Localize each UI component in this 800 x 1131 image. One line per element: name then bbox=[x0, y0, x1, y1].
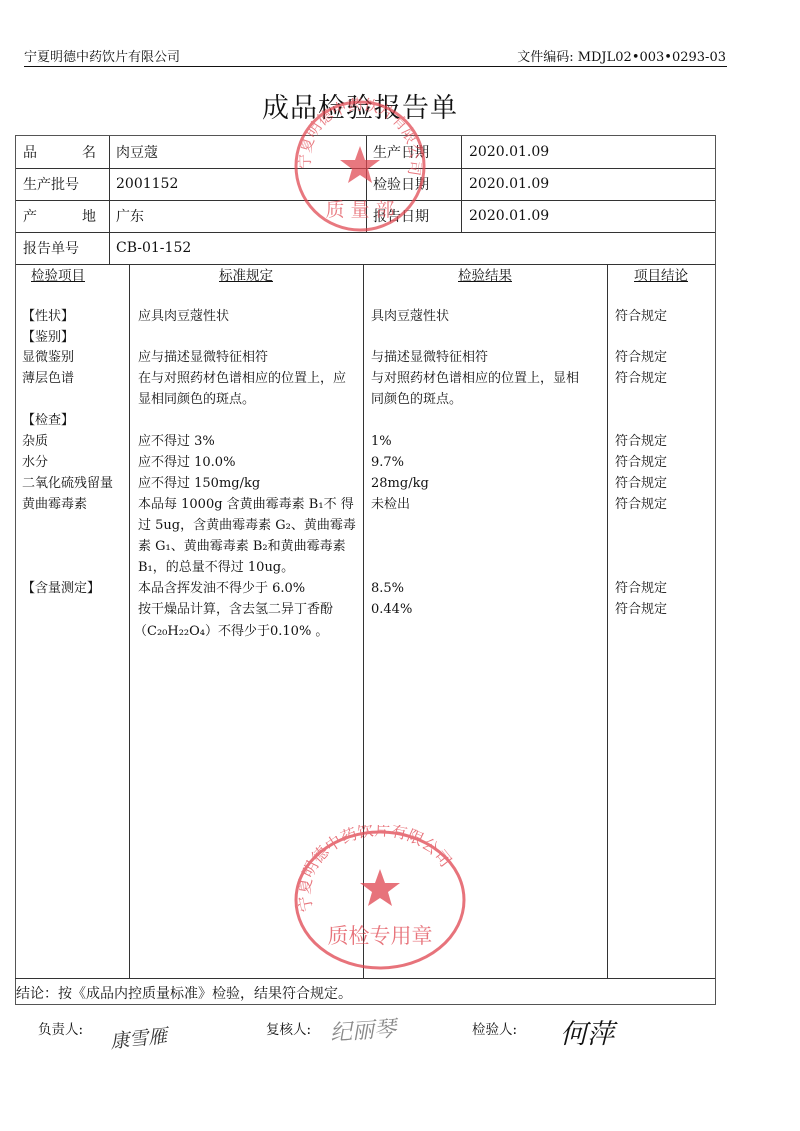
item-line: 显微鉴别 bbox=[22, 348, 74, 368]
report-no-label: 报告单号 bbox=[16, 232, 109, 264]
info-row-report-no: 报告单号 CB-01-152 bbox=[16, 232, 715, 265]
conclusion-line: 符合规定 bbox=[615, 432, 667, 452]
standard-line: 应不得过 10.0% bbox=[138, 453, 235, 473]
column-header-conclusion: 项目结论 bbox=[607, 264, 715, 284]
result-line: 同颜色的斑点。 bbox=[371, 390, 462, 410]
info-row-batch: 生产批号 2001152 检验日期 2020.01.09 bbox=[16, 168, 715, 201]
column-header-item: 检验项目 bbox=[16, 264, 100, 284]
result-line: 28mg/kg bbox=[371, 474, 429, 494]
result-line: 未检出 bbox=[371, 495, 410, 515]
standard-line: （C₂₀H₂₂O₄）不得少于0.10% 。 bbox=[134, 622, 328, 642]
conclusion-line: 符合规定 bbox=[615, 453, 667, 473]
inspector-label: 检验人: bbox=[472, 1018, 517, 1038]
reviewer-label: 复核人: bbox=[266, 1018, 311, 1038]
conclusion-line: 符合规定 bbox=[615, 474, 667, 494]
item-line: 【性状】 bbox=[22, 307, 74, 327]
inspect-date: 2020.01.09 bbox=[461, 168, 711, 200]
origin-label: 产 地 bbox=[23, 206, 96, 226]
responsible-label: 负责人: bbox=[38, 1018, 83, 1038]
batch-number: 2001152 bbox=[109, 168, 369, 200]
standard-line: 应具肉豆蔻性状 bbox=[138, 307, 229, 327]
item-line: 二氧化硫残留量 bbox=[22, 474, 113, 494]
conclusion-divider bbox=[15, 978, 715, 979]
info-row-origin: 产 地 广东 报告日期 2020.01.09 bbox=[16, 200, 715, 233]
conclusion-line: 符合规定 bbox=[615, 579, 667, 599]
item-line: 水分 bbox=[22, 453, 48, 473]
standard-line: B₁，的总量不得过 10ug。 bbox=[138, 558, 294, 578]
result-line: 8.5% bbox=[371, 579, 404, 599]
result-line: 与对照药材色谱相应的位置上，显相 bbox=[371, 369, 579, 389]
item-line: 【含量测定】 bbox=[22, 579, 100, 599]
standard-line: 素 G₁、黄曲霉毒素 B₂和黄曲霉毒素 bbox=[138, 537, 346, 557]
document-code: 文件编码: MDJL02•003•0293-03 bbox=[517, 46, 726, 65]
conclusion-line: 符合规定 bbox=[615, 369, 667, 389]
page-title: 成品检验报告单 bbox=[0, 86, 720, 125]
item-line: 【鉴别】 bbox=[22, 328, 74, 348]
result-line: 1% bbox=[371, 432, 392, 452]
result-line: 9.7% bbox=[371, 453, 404, 473]
standard-line: 应与描述显微特征相符 bbox=[138, 348, 268, 368]
standard-line: 本品含挥发油不得少于 6.0% bbox=[138, 579, 305, 599]
prod-date: 2020.01.09 bbox=[461, 136, 711, 168]
inspect-date-label: 检验日期 bbox=[366, 168, 459, 200]
result-line: 具肉豆蔻性状 bbox=[371, 307, 449, 327]
result-line: 0.44% bbox=[371, 600, 412, 620]
origin: 广东 bbox=[109, 200, 369, 232]
item-line: 黄曲霉毒素 bbox=[22, 495, 87, 515]
batch-label: 生产批号 bbox=[16, 168, 109, 200]
column-header-result: 检验结果 bbox=[363, 264, 607, 284]
product-name: 肉豆蔻 bbox=[109, 136, 369, 168]
header-divider bbox=[24, 66, 727, 67]
prod-date-label: 生产日期 bbox=[366, 136, 459, 168]
item-line: 【检查】 bbox=[22, 411, 74, 431]
standard-line: 过 5ug，含黄曲霉毒素 G₂、黄曲霉毒 bbox=[138, 516, 356, 536]
standard-line: 在与对照药材色谱相应的位置上，应 bbox=[138, 369, 346, 389]
report-date-label: 报告日期 bbox=[366, 200, 459, 232]
reviewer-signature: 纪丽琴 bbox=[329, 1012, 397, 1048]
report-number: CB-01-152 bbox=[109, 232, 509, 264]
conclusion-line: 符合规定 bbox=[615, 348, 667, 368]
final-conclusion: 结论：按《成品内控质量标准》检验，结果符合规定。 bbox=[16, 983, 352, 1003]
report-date: 2020.01.09 bbox=[461, 200, 711, 232]
column-header-standard: 标准规定 bbox=[129, 264, 363, 284]
item-line: 薄层色谱 bbox=[22, 369, 74, 389]
info-row-product: 品 名 肉豆蔻 生产日期 2020.01.09 bbox=[16, 136, 715, 169]
conclusion-line: 符合规定 bbox=[615, 307, 667, 327]
standard-line: 应不得过 3% bbox=[138, 432, 215, 452]
inspector-signature: 何萍 bbox=[560, 1012, 614, 1051]
result-line: 与描述显微特征相符 bbox=[371, 348, 488, 368]
conclusion-line: 符合规定 bbox=[615, 600, 667, 620]
responsible-signature: 康雪雁 bbox=[109, 1021, 169, 1054]
item-line: 杂质 bbox=[22, 432, 48, 452]
report-table: 品 名 肉豆蔻 生产日期 2020.01.09 生产批号 2001152 检验日… bbox=[15, 135, 716, 1005]
standard-line: 本品每 1000g 含黄曲霉毒素 B₁不 得 bbox=[138, 495, 354, 515]
standard-line: 显相同颜色的斑点。 bbox=[138, 390, 255, 410]
standard-line: 按干燥品计算，含去氢二异丁香酚 bbox=[138, 600, 333, 620]
product-name-label: 品 名 bbox=[23, 142, 96, 162]
standard-line: 应不得过 150mg/kg bbox=[138, 474, 260, 494]
company-name: 宁夏明德中药饮片有限公司 bbox=[24, 46, 180, 65]
conclusion-line: 符合规定 bbox=[615, 495, 667, 515]
